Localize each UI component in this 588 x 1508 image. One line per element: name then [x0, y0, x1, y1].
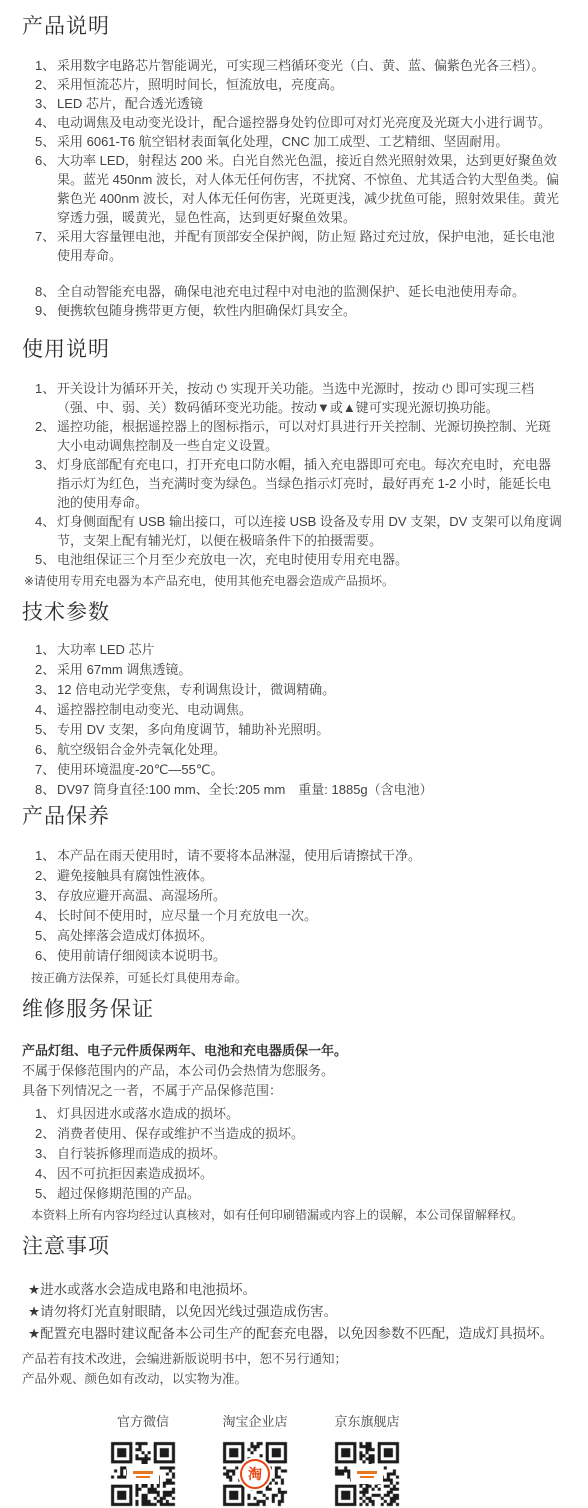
brand-logo-bar: [133, 1471, 153, 1474]
list-item-text: 大功率 LED 芯片: [57, 640, 568, 660]
maintenance-list: 1、本产品在雨天使用时，请不要将本品淋湿，使用后请擦拭干净。2、避免接触具有腐蚀…: [22, 846, 568, 966]
list-item-number: 4、: [35, 113, 57, 132]
qr-center-logo: 淘: [220, 1439, 290, 1508]
qr-center-logo: [108, 1439, 178, 1508]
list-item-number: 6、: [35, 740, 57, 760]
list-item-number: 5、: [35, 132, 57, 151]
qr-code-group: 官方微信淘宝企业店淘京东旗舰店: [108, 1413, 568, 1508]
list-item-number: 4、: [35, 906, 57, 926]
list-item-number: 3、: [35, 680, 57, 700]
qr-item: 京东旗舰店: [332, 1413, 402, 1508]
list-item: 5、采用 6061-T6 航空铝材表面氧化处理，CNC 加工成型、工艺精细、坚固…: [22, 132, 568, 151]
list-item: 5、超过保修期范围的产品。: [22, 1184, 568, 1204]
list-item: ★进水或落水会造成电路和电池损坏。: [28, 1279, 568, 1301]
jd-qr-code: [332, 1439, 402, 1508]
list-item-text: 产品若有技术改进，会编进新版说明书中，恕不另行通知；: [22, 1349, 568, 1369]
list-item-text: LED 芯片，配合透光透镜: [57, 94, 568, 113]
section-repair-service-guarantee: 维修服务保证 产品灯组、电子元件质保两年、电池和充电器质保一年。 不属于保修范围…: [22, 997, 568, 1224]
list-item-text: 因不可抗拒因素造成损坏。: [57, 1164, 568, 1184]
list-item-number: 1、: [35, 640, 57, 660]
list-item-number: 5、: [35, 1184, 57, 1204]
list-item-number: 7、: [35, 227, 57, 265]
product-description-page: 产品说明 1、采用数字电路芯片智能调光，可实现三档循环变光（白、黄、蓝、偏紫色光…: [0, 0, 588, 1508]
list-item: 4、灯身侧面配有 USB 输出接口，可以连接 USB 设备及专用 DV 支架，D…: [22, 512, 568, 550]
qr-center-logo: [332, 1439, 402, 1508]
qr-item: 淘宝企业店淘: [220, 1413, 290, 1508]
list-item-text: 使用环境温度-20℃—55℃。: [57, 760, 568, 780]
list-item: 4、因不可抗拒因素造成损坏。: [22, 1164, 568, 1184]
list-item-number: 5、: [35, 550, 57, 569]
list-item: 1、大功率 LED 芯片: [22, 640, 568, 660]
list-item-text: 本产品在雨天使用时，请不要将本品淋湿，使用后请擦拭干净。: [57, 846, 568, 866]
list-item-number: 1、: [35, 1104, 57, 1124]
list-item: 产品外观、颜色如有改动，以实物为准。: [22, 1369, 568, 1389]
section-title: 维修服务保证: [22, 997, 568, 1023]
list-item-number: 2、: [35, 1124, 57, 1144]
list-item-number: 5、: [35, 926, 57, 946]
list-item-text: 不属于保修范围内的产品，本公司仍会热情为您服务。: [22, 1061, 568, 1081]
list-item-text: 具备下列情况之一者，不属于产品保修范围：: [22, 1081, 568, 1101]
section-precautions: 注意事项 ★进水或落水会造成电路和电池损坏。★请勿将灯光直射眼睛，以免因光线过强…: [22, 1234, 568, 1389]
taobao-logo-icon: 淘: [240, 1459, 270, 1489]
list-item: 6、航空级铝合金外壳氧化处理。: [22, 740, 568, 760]
list-item: 5、高处摔落会造成灯体损坏。: [22, 926, 568, 946]
list-item-text: ★进水或落水会造成电路和电池损坏。: [28, 1279, 568, 1301]
list-item: 3、LED 芯片，配合透光透镜: [22, 94, 568, 113]
list-item: ★配置充电器时建议配备本公司生产的配套充电器，以免因参数不匹配，造成灯具损坏。: [28, 1323, 568, 1345]
list-item: 2、消费者使用、保存或维护不当造成的损坏。: [22, 1124, 568, 1144]
qr-label: 淘宝企业店: [220, 1413, 290, 1430]
section-title: 产品保养: [22, 804, 568, 830]
list-item: 3、灯身底部配有充电口，打开充电口防水帽，插入充电器即可充电。每次充电时，充电器…: [22, 455, 568, 512]
list-item-number: 9、: [35, 301, 57, 320]
revision-paragraphs: 产品若有技术改进，会编进新版说明书中，恕不另行通知；产品外观、颜色如有改动，以实…: [22, 1349, 568, 1389]
precaution-star-lines: ★进水或落水会造成电路和电池损坏。★请勿将灯光直射眼睛，以免因光线过强造成伤害。…: [22, 1279, 568, 1345]
section-title: 注意事项: [22, 1234, 568, 1260]
list-item-text: 使用前请仔细阅读本说明书。: [57, 946, 568, 966]
list-item-number: 4、: [35, 1164, 57, 1184]
list-item-text: 全自动智能充电器，确保电池充电过程中对电池的监测保护、延长电池使用寿命。: [57, 282, 568, 301]
list-item: 7、采用大容量锂电池，并配有顶部安全保护阀，防止短 路过充过放，保护电池，延长电…: [22, 227, 568, 265]
list-item-text: 遥控功能，根据遥控器上的图标指示，可以对灯具进行开关控制、光源切换控制、光斑大小…: [57, 417, 568, 455]
section-title: 产品说明: [22, 14, 568, 40]
list-item-text: 遥控器控制电动变光、电动调焦。: [57, 700, 568, 720]
list-item: 5、专用 DV 支架，多向角度调节，辅助补光照明。: [22, 720, 568, 740]
list-item: 2、采用 67mm 调焦透镜。: [22, 660, 568, 680]
warranty-exclusions-list: 1、灯具因进水或落水造成的损坏。2、消费者使用、保存或维护不当造成的损坏。3、自…: [22, 1104, 568, 1204]
list-item-number: 8、: [35, 282, 57, 301]
warranty-disclaimer-note: 本资料上所有内容均经过认真核对，如有任何印刷错漏或内容上的误解，本公司保留解释权…: [31, 1206, 568, 1224]
list-item-number: 8、: [35, 780, 57, 800]
qr-item: 官方微信: [108, 1413, 178, 1508]
list-item-number: 3、: [35, 886, 57, 906]
list-item-text: 航空级铝合金外壳氧化处理。: [57, 740, 568, 760]
brand-logo-icon: [353, 1466, 381, 1482]
list-item: 具备下列情况之一者，不属于产品保修范围：: [22, 1081, 568, 1101]
list-item-text: 采用数字电路芯片智能调光，可实现三档循环变光（白、黄、蓝、偏紫色光各三档）。: [57, 56, 568, 75]
list-item-number: 4、: [35, 512, 57, 550]
list-item-number: 2、: [35, 417, 57, 455]
section-product-maintenance: 产品保养 1、本产品在雨天使用时，请不要将本品淋湿，使用后请擦拭干净。2、避免接…: [22, 804, 568, 987]
list-item-text: 采用恒流芯片，照明时间长，恒流放电，亮度高。: [57, 75, 568, 94]
brand-logo-bar: [360, 1476, 374, 1478]
list-item-number: 2、: [35, 660, 57, 680]
maintenance-note: 按正确方法保养，可延长灯具使用寿命。: [31, 969, 568, 987]
list-item-text: 灯具因进水或落水造成的损坏。: [57, 1104, 568, 1124]
product-description-list: 1、采用数字电路芯片智能调光，可实现三档循环变光（白、黄、蓝、偏紫色光各三档）。…: [22, 56, 568, 320]
list-item-text: 电池组保证三个月至少充放电一次，充电时使用专用充电器。: [57, 550, 568, 569]
list-item-number: 7、: [35, 760, 57, 780]
taobao-qr-code: 淘: [220, 1439, 290, 1508]
list-item: 3、12 倍电动光学变焦，专利调焦设计，微调精确。: [22, 680, 568, 700]
list-item-number: 5、: [35, 720, 57, 740]
qr-label: 官方微信: [108, 1413, 178, 1430]
list-item-number: 3、: [35, 455, 57, 512]
brand-logo-icon: [129, 1466, 157, 1482]
list-item-text: 采用 67mm 调焦透镜。: [57, 660, 568, 680]
list-item-number: 1、: [35, 379, 57, 417]
list-item-text: 采用大容量锂电池，并配有顶部安全保护阀，防止短 路过充过放，保护电池，延长电池使…: [57, 227, 568, 265]
list-item-number: 6、: [35, 946, 57, 966]
list-item-text: 灯身底部配有充电口，打开充电口防水帽，插入充电器即可充电。每次充电时，充电器指示…: [57, 455, 568, 512]
list-item: 4、电动调焦及电动变光设计，配合遥控器身处钓位即可对灯光亮度及光斑大小进行调节。: [22, 113, 568, 132]
list-item-text: 灯身侧面配有 USB 输出接口，可以连接 USB 设备及专用 DV 支架，DV …: [57, 512, 568, 550]
list-item-text: 开关设计为循环开关，按动 ⏻ 实现开关功能。当选中光源时，按动 ⏻ 即可实现三档…: [57, 379, 568, 417]
warranty-intro-paragraphs: 不属于保修范围内的产品，本公司仍会热情为您服务。具备下列情况之一者，不属于产品保…: [22, 1061, 568, 1101]
list-item: 不属于保修范围内的产品，本公司仍会热情为您服务。: [22, 1061, 568, 1081]
list-item: 1、灯具因进水或落水造成的损坏。: [22, 1104, 568, 1124]
list-item-number: 4、: [35, 700, 57, 720]
list-item-text: 存放应避开高温、高湿场所。: [57, 886, 568, 906]
list-item-number: 1、: [35, 56, 57, 75]
list-item-text: 专用 DV 支架，多向角度调节，辅助补光照明。: [57, 720, 568, 740]
list-item-text: 长时间不使用时，应尽量一个月充放电一次。: [57, 906, 568, 926]
section-technical-parameters: 技术参数 1、大功率 LED 芯片2、采用 67mm 调焦透镜。3、12 倍电动…: [22, 600, 568, 800]
list-item-text: 高处摔落会造成灯体损坏。: [57, 926, 568, 946]
list-item: 4、长时间不使用时，应尽量一个月充放电一次。: [22, 906, 568, 926]
wechat-qr-code: [108, 1439, 178, 1508]
list-item: 7、使用环境温度-20℃—55℃。: [22, 760, 568, 780]
section-usage-instructions: 使用说明 1、开关设计为循环开关，按动 ⏻ 实现开关功能。当选中光源时，按动 ⏻…: [22, 337, 568, 590]
brand-logo-bar: [136, 1476, 150, 1478]
list-item: 3、存放应避开高温、高湿场所。: [22, 886, 568, 906]
section-title: 使用说明: [22, 337, 568, 363]
list-item-number: 1、: [35, 846, 57, 866]
list-item: 3、自行装拆修理而造成的损坏。: [22, 1144, 568, 1164]
charger-warning-note: ※请使用专用充电器为本产品充电，使用其他充电器会造成产品损坏。: [24, 572, 568, 590]
list-item: ★请勿将灯光直射眼睛，以免因光线过强造成伤害。: [28, 1301, 568, 1323]
list-item-text: 12 倍电动光学变焦，专利调焦设计，微调精确。: [57, 680, 568, 700]
list-item: 2、遥控功能，根据遥控器上的图标指示，可以对灯具进行开关控制、光源切换控制、光斑…: [22, 417, 568, 455]
list-item-text: 自行装拆修理而造成的损坏。: [57, 1144, 568, 1164]
list-item-text: ★配置充电器时建议配备本公司生产的配套充电器，以免因参数不匹配，造成灯具损坏。: [28, 1323, 568, 1345]
list-item: 2、采用恒流芯片，照明时间长，恒流放电，亮度高。: [22, 75, 568, 94]
list-item-number: 3、: [35, 94, 57, 113]
list-item-text: ★请勿将灯光直射眼睛，以免因光线过强造成伤害。: [28, 1301, 568, 1323]
list-item: 产品若有技术改进，会编进新版说明书中，恕不另行通知；: [22, 1349, 568, 1369]
list-item-text: 便携软包随身携带更方便，软性内胆确保灯具安全。: [57, 301, 568, 320]
list-item-text: 大功率 LED，射程达 200 米。白光自然光色温，接近自然光照射效果，达到更好…: [57, 151, 568, 227]
list-item: 1、开关设计为循环开关，按动 ⏻ 实现开关功能。当选中光源时，按动 ⏻ 即可实现…: [22, 379, 568, 417]
list-item-number: 2、: [35, 75, 57, 94]
list-item: 6、使用前请仔细阅读本说明书。: [22, 946, 568, 966]
list-item-number: 3、: [35, 1144, 57, 1164]
list-item: 6、大功率 LED，射程达 200 米。白光自然光色温，接近自然光照射效果，达到…: [22, 151, 568, 227]
list-item: 2、避免接触具有腐蚀性液体。: [22, 866, 568, 886]
list-item: 9、便携软包随身携带更方便，软性内胆确保灯具安全。: [22, 301, 568, 320]
list-item-number: 6、: [35, 151, 57, 227]
technical-parameters-list: 1、大功率 LED 芯片2、采用 67mm 调焦透镜。3、12 倍电动光学变焦，…: [22, 640, 568, 800]
usage-instructions-list: 1、开关设计为循环开关，按动 ⏻ 实现开关功能。当选中光源时，按动 ⏻ 即可实现…: [22, 379, 568, 569]
warranty-bold-line: 产品灯组、电子元件质保两年、电池和充电器质保一年。: [22, 1041, 568, 1061]
list-item-text: 超过保修期范围的产品。: [57, 1184, 568, 1204]
list-item: 5、电池组保证三个月至少充放电一次，充电时使用专用充电器。: [22, 550, 568, 569]
list-item: 8、全自动智能充电器，确保电池充电过程中对电池的监测保护、延长电池使用寿命。: [22, 282, 568, 301]
list-item-text: 电动调焦及电动变光设计，配合遥控器身处钓位即可对灯光亮度及光斑大小进行调节。: [57, 113, 568, 132]
section-title: 技术参数: [22, 600, 568, 626]
list-item: 1、本产品在雨天使用时，请不要将本品淋湿，使用后请擦拭干净。: [22, 846, 568, 866]
list-item-text: 避免接触具有腐蚀性液体。: [57, 866, 568, 886]
list-item-text: 产品外观、颜色如有改动，以实物为准。: [22, 1369, 568, 1389]
list-item-text: 消费者使用、保存或维护不当造成的损坏。: [57, 1124, 568, 1144]
list-item: 4、遥控器控制电动变光、电动调焦。: [22, 700, 568, 720]
list-item-number: 2、: [35, 866, 57, 886]
list-item: 1、采用数字电路芯片智能调光，可实现三档循环变光（白、黄、蓝、偏紫色光各三档）。: [22, 56, 568, 75]
brand-logo-bar: [357, 1471, 377, 1474]
section-product-description: 产品说明 1、采用数字电路芯片智能调光，可实现三档循环变光（白、黄、蓝、偏紫色光…: [22, 14, 568, 320]
qr-label: 京东旗舰店: [332, 1413, 402, 1430]
list-item-text: 采用 6061-T6 航空铝材表面氧化处理，CNC 加工成型、工艺精细、坚固耐用…: [57, 132, 568, 151]
list-item: 8、DV97 筒身直径:100 mm、全长:205 mm 重量: 1885g（含…: [22, 780, 568, 800]
list-item-text: DV97 筒身直径:100 mm、全长:205 mm 重量: 1885g（含电池…: [57, 780, 568, 800]
